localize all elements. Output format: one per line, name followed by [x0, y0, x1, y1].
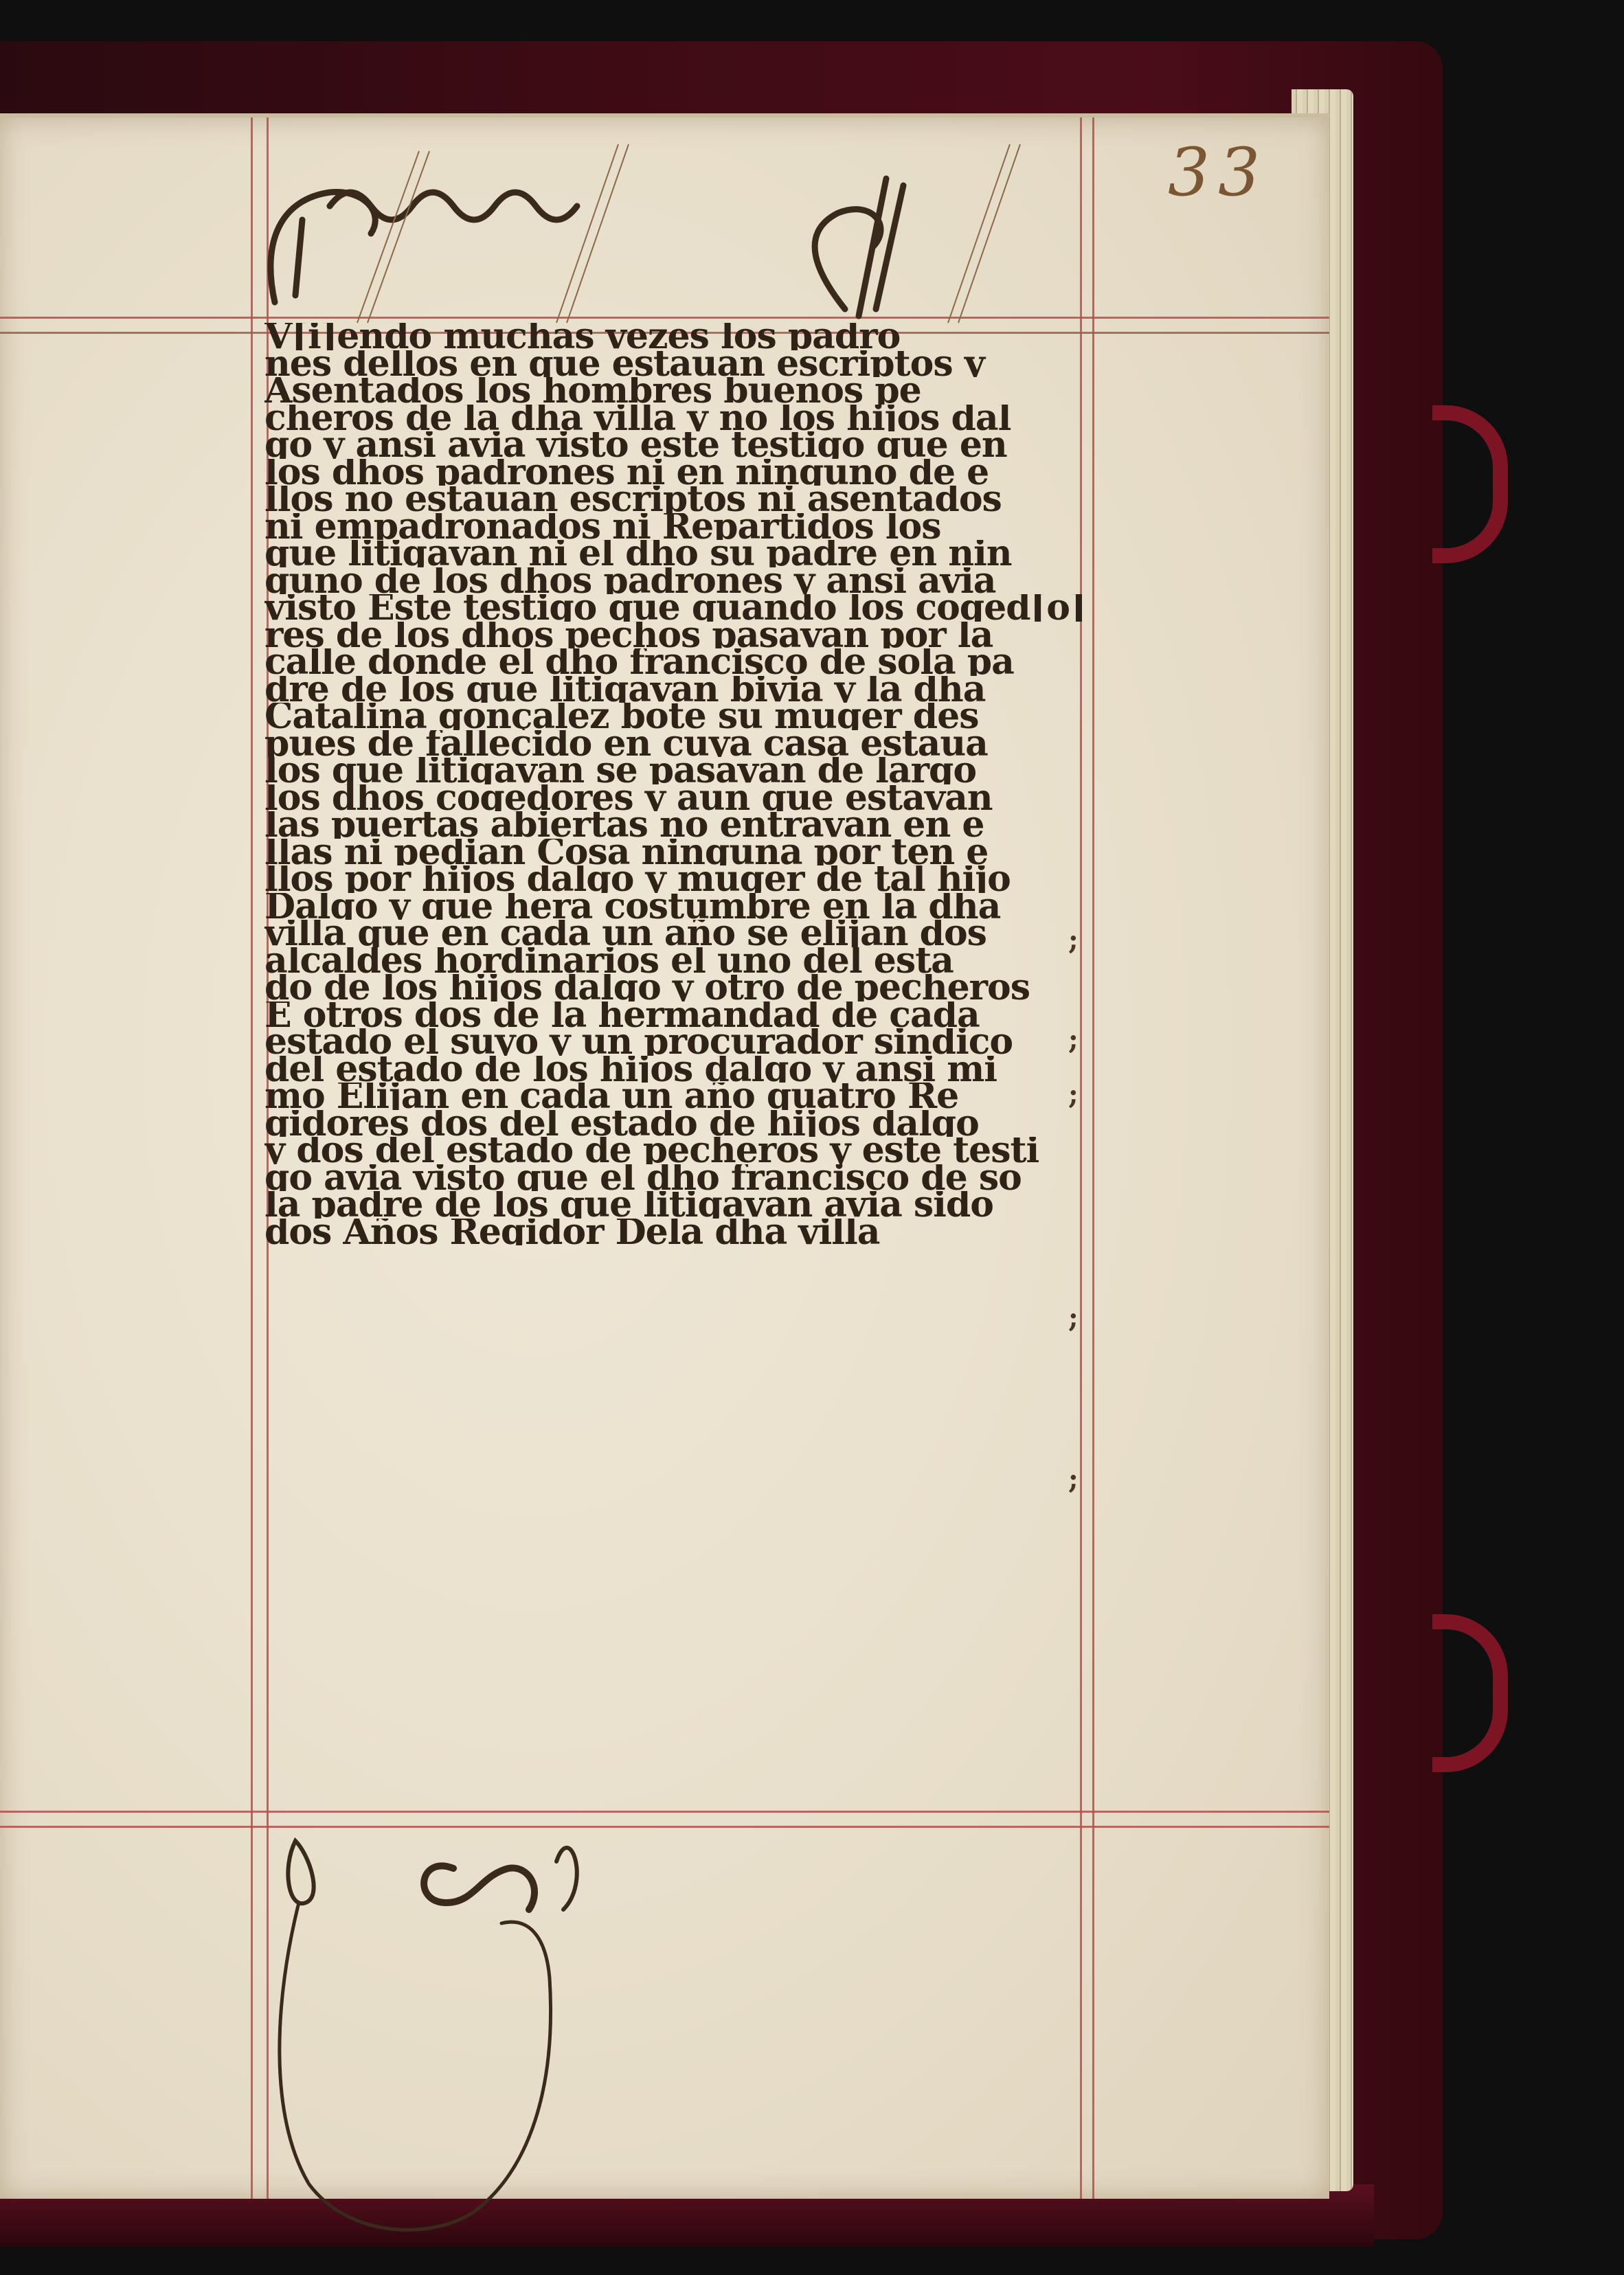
text-line: los que litigavan se pasavan de largo	[264, 757, 1109, 784]
text-line: Dalgo y que hera costumbre en la dha	[264, 893, 1109, 920]
text-line: llos no estauan escriptos ni asentados	[264, 486, 1109, 513]
ruling-left-outer	[251, 117, 253, 2199]
text-line: cheros de la dha villa y no los hijos da…	[264, 405, 1109, 432]
text-line: V[i]endo muchas vezes los padro	[264, 323, 1109, 350]
text-line: do de los hijos dalgo y otro de pecheros	[264, 974, 1109, 1001]
text-line: calle donde el dho francisco de sola pa	[264, 648, 1109, 676]
text-line: guno de los dhos padrones y ansi avia	[264, 567, 1109, 595]
margin-mark: ;	[1068, 1302, 1079, 1334]
text-line: visto Este testigo que quando los coged[…	[264, 594, 1109, 622]
margin-mark: ;	[1068, 1078, 1079, 1111]
text-line: res de los dhos pechos pasavan por la	[264, 622, 1109, 649]
text-line: mo Elijan en cada un año quatro Re	[264, 1083, 1109, 1110]
text-line: y dos del estado de pecheros y este test…	[264, 1137, 1109, 1164]
text-line: llas ni pedian Cosa ninguna por ten e	[264, 839, 1109, 866]
calligraphic-header-flourish	[254, 137, 1065, 330]
text-line: gidores dos del estado de hijos dalgo	[264, 1110, 1109, 1137]
text-line: go y ansi avia visto este testigo que en	[264, 431, 1109, 459]
text-line: dre de los que litigavan bivia y la dha	[264, 676, 1109, 703]
text-line: go avia visto que el dho francisco de so	[264, 1164, 1109, 1192]
text-line: llos por hijos dalgo y muger de tal hijo	[264, 865, 1109, 893]
text-line: E otros dos de la hermandad de cada	[264, 1001, 1109, 1029]
manuscript-text-block: V[i]endo muchas vezes los padro nes dell…	[264, 323, 1109, 1245]
text-line: los dhos cogedores y aun que estavan	[264, 784, 1109, 812]
text-line: las puertas abiertas no entravan en e	[264, 811, 1109, 839]
text-line: del estado de los hijos dalgo y ansi mi	[264, 1056, 1109, 1083]
text-line: pues de fallecido en cuya casa estaua	[264, 730, 1109, 758]
text-line: la padre de los que litigavan avia sido	[264, 1191, 1109, 1219]
text-line: alcaldes hordinarios el uno del esta	[264, 947, 1109, 975]
calligraphic-bottom-flourish	[268, 1827, 831, 2239]
text-line: que litigavan ni el dho su padre en nin	[264, 540, 1109, 567]
text-line: Catalina gonçalez bote su muger des	[264, 703, 1109, 730]
margin-mark: ;	[1068, 924, 1079, 956]
text-line: villa que en cada un año se elijan dos	[264, 920, 1109, 947]
ruling-bottom-1	[0, 1811, 1329, 1813]
text-line: ni empadronados ni Repartidos los	[264, 513, 1109, 541]
ribbon-tie-top	[1432, 405, 1508, 563]
margin-mark: ;	[1068, 1463, 1079, 1495]
text-line: nes dellos en que estauan escriptos y	[264, 350, 1109, 378]
text-line: los dhos padrones ni en ninguno de e	[264, 459, 1109, 486]
ribbon-tie-bottom	[1432, 1614, 1508, 1772]
folio-number: 33	[1168, 134, 1268, 211]
text-line: estado el suyo y un procurador sindico	[264, 1028, 1109, 1056]
text-line: dos Años Regidor Dela dha villa	[264, 1219, 1109, 1246]
text-line: Asentados los hombres buenos pe	[264, 377, 1109, 405]
margin-mark: ;	[1068, 1023, 1079, 1056]
